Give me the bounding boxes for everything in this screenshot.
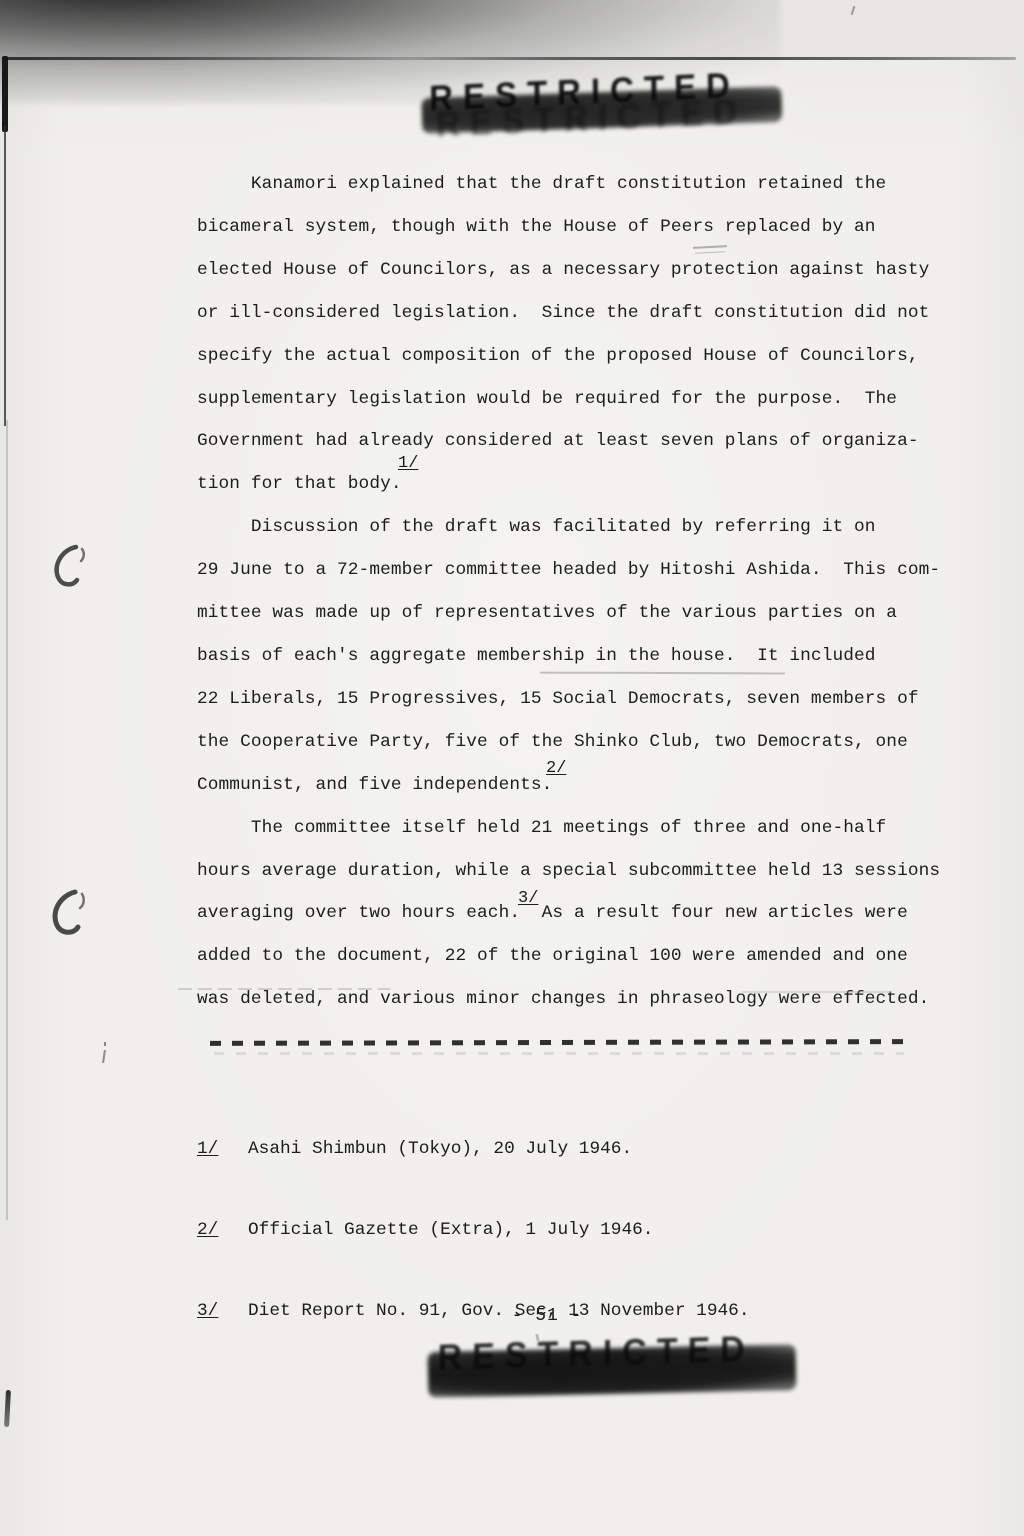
restricted-stamp-bottom: RESTRICTED (437, 1329, 789, 1413)
footnote-ref-2: 2/ (546, 759, 566, 778)
footnote-ref-3: 3/ (518, 889, 538, 908)
ink-smear (428, 1344, 797, 1398)
handwritten-margin-mark (50, 542, 88, 595)
pen-mark (4, 1390, 11, 1427)
page-left-fold-line (6, 420, 8, 1220)
restricted-stamp-top: RESTRICTED RESTRICTED (428, 65, 776, 164)
document-body-text: Kanamori explained that the draft consti… (197, 163, 940, 1021)
dashed-separator-echo (214, 1052, 904, 1055)
footnote-item: 2/Official Gazette (Extra), 1 July 1946. (197, 1217, 750, 1244)
footnote-label: 1/ (197, 1136, 248, 1163)
handwritten-margin-mark (48, 886, 88, 945)
scan-artifact (104, 1042, 106, 1046)
footnote-item: 1/Asahi Shimbun (Tokyo), 20 July 1946. (197, 1136, 750, 1163)
footnote-label: 2/ (197, 1217, 248, 1244)
page-number: - 51 - (35, 1306, 1024, 1326)
dashed-separator-line (210, 1039, 912, 1046)
page-left-edge-mark (2, 56, 8, 132)
page-top-edge-line (6, 57, 1016, 60)
footnote-text: Official Gazette (Extra), 1 July 1946. (248, 1220, 653, 1240)
footnote-ref-1: 1/ (398, 454, 418, 473)
page-left-edge-line (4, 126, 6, 426)
footnote-text: Asahi Shimbun (Tokyo), 20 July 1946. (248, 1139, 632, 1159)
scan-artifact (102, 1050, 106, 1063)
scanned-document-page: RESTRICTED RESTRICTED Kanamori explained… (0, 0, 1024, 1536)
